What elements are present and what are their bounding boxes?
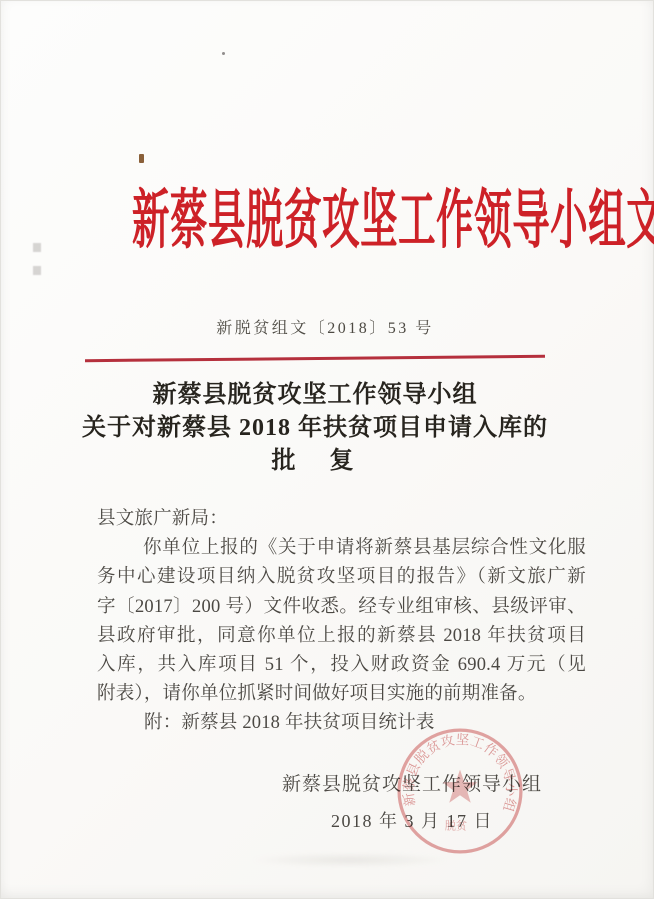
document-title: 新蔡县脱贫攻坚工作领导小组 关于对新蔡县 2018 年扶贫项目申请入库的 批 复: [0, 379, 630, 478]
document-body: 县文旅广新局： 你单位上报的《关于申请将新蔡县基层综合性文化服 务中心建设项目纳…: [97, 505, 586, 739]
official-seal: 新蔡县脱贫攻坚工作领导小组 脱贫: [394, 725, 526, 857]
title-line-1: 新蔡县脱贫攻坚工作领导小组: [0, 379, 630, 412]
seal-star-icon: [443, 770, 478, 803]
scan-speck-brown: [139, 154, 144, 163]
scanned-official-document: 新蔡县脱贫攻坚工作领导小组文件 新脱贫组文〔2018〕53 号 新蔡县脱贫攻坚工…: [0, 0, 654, 899]
scan-speck-dot: [222, 52, 225, 55]
body-line: 字〔2017〕200 号）文件收悉。经专业组审核、县级评审、: [97, 593, 586, 622]
seal-graphic: 新蔡县脱贫攻坚工作领导小组 脱贫: [394, 725, 526, 857]
body-line: 入库，共入库项目 51 个，投入财政资金 690.4 万元（见: [97, 651, 586, 680]
body-line: 你单位上报的《关于申请将新蔡县基层综合性文化服: [97, 534, 586, 563]
scan-edge-mark: [33, 243, 41, 252]
title-line-2: 关于对新蔡县 2018 年扶贫项目申请入库的: [0, 412, 630, 445]
scan-edge-mark: [33, 266, 41, 275]
letterhead-org-title: 新蔡县脱贫攻坚工作领导小组文件: [132, 176, 504, 266]
body-salutation: 县文旅广新局：: [97, 505, 586, 534]
document-number: 新脱贫组文〔2018〕53 号: [0, 315, 650, 338]
body-line: 务中心建设项目纳入脱贫攻坚项目的报告》（新文旅广新: [97, 563, 586, 592]
body-line: 附表），请你单位抓紧时间做好项目实施的前期准备。: [97, 680, 586, 709]
body-line: 县政府审批，同意你单位上报的新蔡县 2018 年扶贫项目: [97, 622, 586, 651]
title-line-3: 批 复: [0, 445, 630, 478]
seal-bottom-text: 脱贫: [445, 820, 467, 833]
red-divider-rule: [85, 355, 545, 362]
scan-smudge: [250, 853, 450, 867]
